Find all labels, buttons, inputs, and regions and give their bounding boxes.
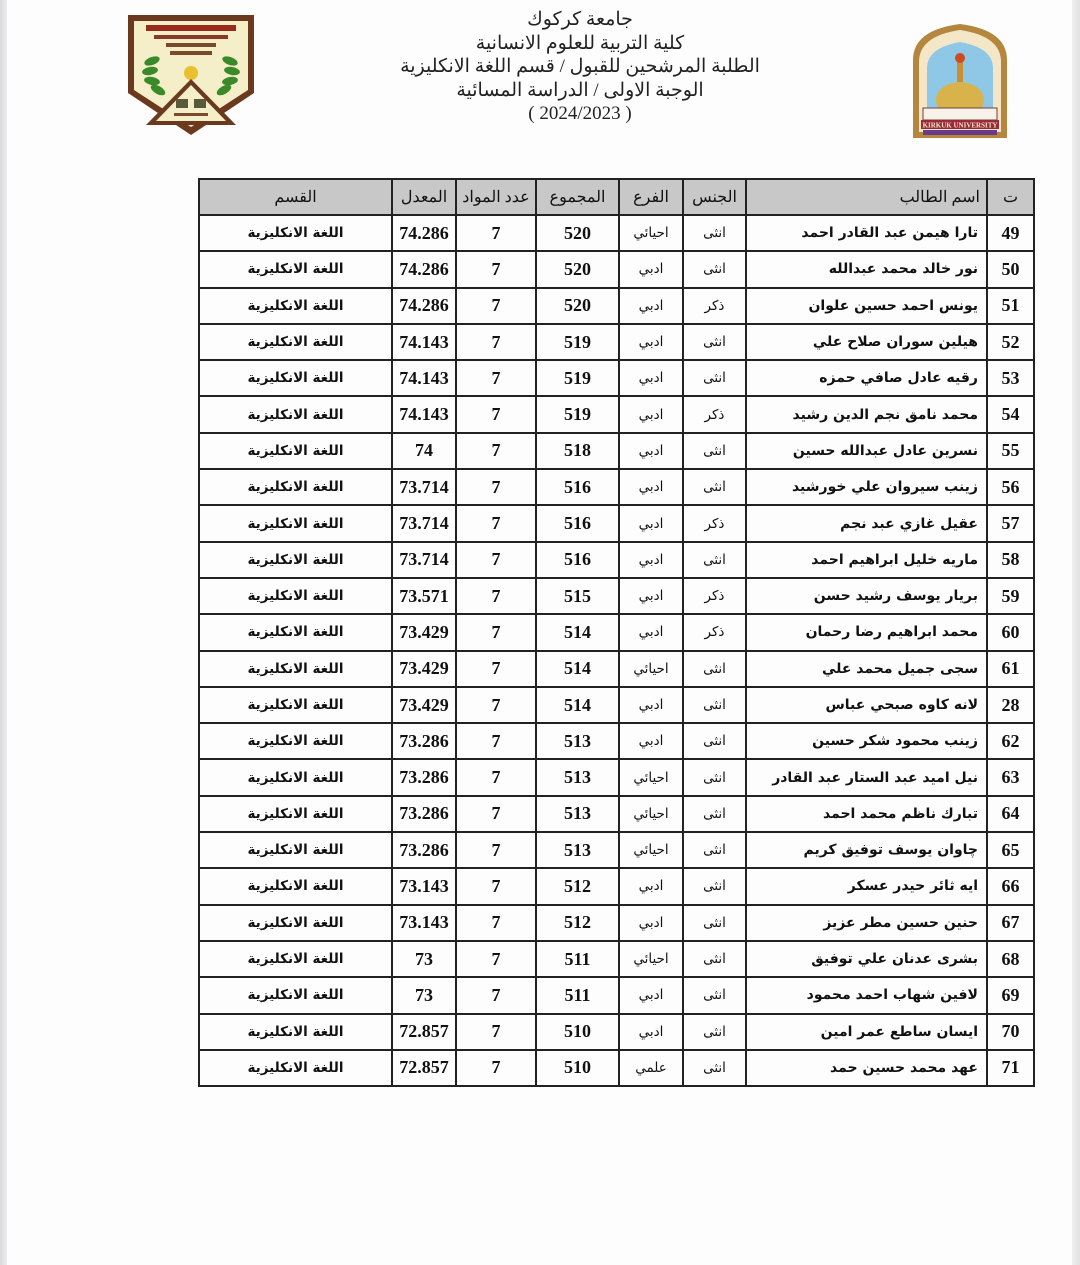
average-cell: 74.143	[392, 360, 456, 396]
table-row: 68بشرى عدنان علي توفيقانثىاحيائي511773ال…	[199, 941, 1034, 977]
row-number-cell: 60	[987, 614, 1034, 650]
table-header-row: ت اسم الطالب الجنس الفرع المجموع عدد الم…	[199, 179, 1034, 215]
average-cell: 72.857	[392, 1014, 456, 1050]
total-score-cell: 515	[536, 578, 619, 614]
average-cell: 73.429	[392, 651, 456, 687]
row-number-cell: 59	[987, 578, 1034, 614]
kirkuk-university-logo-icon: KIRKUK UNIVERSITY	[905, 20, 1015, 140]
average-cell: 73.143	[392, 868, 456, 904]
batch-study-type: الوجبة الاولى / الدراسة المسائية	[380, 79, 780, 103]
average-cell: 73.714	[392, 469, 456, 505]
gender-cell: انثى	[683, 796, 746, 832]
department-cell: اللغة الانكليزية	[199, 505, 392, 541]
subject-count-cell: 7	[456, 723, 536, 759]
student-name-cell: ايسان ساطع عمر امين	[746, 1014, 987, 1050]
branch-cell: احيائي	[619, 759, 683, 795]
average-cell: 73.286	[392, 832, 456, 868]
subject-count-cell: 7	[456, 433, 536, 469]
subject-count-cell: 7	[456, 868, 536, 904]
total-score-cell: 514	[536, 651, 619, 687]
gender-cell: انثى	[683, 1050, 746, 1086]
department-cell: اللغة الانكليزية	[199, 215, 392, 251]
branch-cell: ادبي	[619, 505, 683, 541]
table-row: 63نيل اميد عبد الستار عبد القادرانثىاحيا…	[199, 759, 1034, 795]
subject-count-cell: 7	[456, 1014, 536, 1050]
subject-count-cell: 7	[456, 396, 536, 432]
table-row: 57عقيل غازي عبد نجمذكرادبي516773.714اللغ…	[199, 505, 1034, 541]
student-name-cell: چاوان يوسف توفيق كريم	[746, 832, 987, 868]
branch-cell: احيائي	[619, 941, 683, 977]
average-cell: 73	[392, 977, 456, 1013]
average-cell: 74.143	[392, 324, 456, 360]
table-row: 66ايه ثائر حيدر عسكرانثىادبي512773.143ال…	[199, 868, 1034, 904]
gender-cell: انثى	[683, 832, 746, 868]
college-name: كلية التربية للعلوم الانسانية	[380, 32, 780, 56]
table-row: 59بريار يوسف رشيد حسنذكرادبي515773.571ال…	[199, 578, 1034, 614]
col-header-subject-count: عدد المواد	[456, 179, 536, 215]
average-cell: 73.714	[392, 542, 456, 578]
branch-cell: ادبي	[619, 433, 683, 469]
branch-cell: ادبي	[619, 868, 683, 904]
row-number-cell: 64	[987, 796, 1034, 832]
department-cell: اللغة الانكليزية	[199, 832, 392, 868]
department-cell: اللغة الانكليزية	[199, 251, 392, 287]
total-score-cell: 516	[536, 542, 619, 578]
row-number-cell: 70	[987, 1014, 1034, 1050]
document-header: جامعة كركوك كلية التربية للعلوم الانساني…	[380, 8, 780, 126]
department-cell: اللغة الانكليزية	[199, 433, 392, 469]
subject-count-cell: 7	[456, 905, 536, 941]
average-cell: 73.286	[392, 723, 456, 759]
average-cell: 73.571	[392, 578, 456, 614]
col-header-student-name: اسم الطالب	[746, 179, 987, 215]
table-row: 67حنين حسين مطر عزيزانثىادبي512773.143ال…	[199, 905, 1034, 941]
col-header-gender: الجنس	[683, 179, 746, 215]
table-row: 70ايسان ساطع عمر امينانثىادبي510772.857ا…	[199, 1014, 1034, 1050]
department-cell: اللغة الانكليزية	[199, 687, 392, 723]
total-score-cell: 519	[536, 324, 619, 360]
student-name-cell: ماريه خليل ابراهيم احمد	[746, 542, 987, 578]
total-score-cell: 513	[536, 832, 619, 868]
university-name: جامعة كركوك	[380, 8, 780, 32]
table-row: 69لافين شهاب احمد محمودانثىادبي511773الل…	[199, 977, 1034, 1013]
gender-cell: انثى	[683, 360, 746, 396]
subject-count-cell: 7	[456, 360, 536, 396]
branch-cell: ادبي	[619, 578, 683, 614]
department-cell: اللغة الانكليزية	[199, 614, 392, 650]
department-cell: اللغة الانكليزية	[199, 651, 392, 687]
student-name-cell: محمد ابراهيم رضا رحمان	[746, 614, 987, 650]
col-header-branch: الفرع	[619, 179, 683, 215]
gender-cell: ذكر	[683, 578, 746, 614]
student-name-cell: نور خالد محمد عبدالله	[746, 251, 987, 287]
subject-count-cell: 7	[456, 651, 536, 687]
student-name-cell: بريار يوسف رشيد حسن	[746, 578, 987, 614]
row-number-cell: 69	[987, 977, 1034, 1013]
row-number-cell: 28	[987, 687, 1034, 723]
gender-cell: انثى	[683, 469, 746, 505]
student-name-cell: تارا هيمن عبد القادر احمد	[746, 215, 987, 251]
table-row: 52هيلين سوران صلاح عليانثىادبي519774.143…	[199, 324, 1034, 360]
row-number-cell: 65	[987, 832, 1034, 868]
branch-cell: ادبي	[619, 396, 683, 432]
table-row: 58ماريه خليل ابراهيم احمدانثىادبي516773.…	[199, 542, 1034, 578]
average-cell: 74	[392, 433, 456, 469]
col-header-number: ت	[987, 179, 1034, 215]
row-number-cell: 61	[987, 651, 1034, 687]
subject-count-cell: 7	[456, 687, 536, 723]
total-score-cell: 510	[536, 1014, 619, 1050]
academic-year: ( 2024/2023 )	[380, 102, 780, 126]
college-logo-icon	[126, 13, 256, 137]
row-number-cell: 54	[987, 396, 1034, 432]
branch-cell: ادبي	[619, 687, 683, 723]
subject-count-cell: 7	[456, 941, 536, 977]
department-cell: اللغة الانكليزية	[199, 941, 392, 977]
average-cell: 72.857	[392, 1050, 456, 1086]
gender-cell: انثى	[683, 759, 746, 795]
gender-cell: ذكر	[683, 288, 746, 324]
total-score-cell: 519	[536, 360, 619, 396]
student-name-cell: نيل اميد عبد الستار عبد القادر	[746, 759, 987, 795]
total-score-cell: 513	[536, 796, 619, 832]
department-cell: اللغة الانكليزية	[199, 905, 392, 941]
department-cell: اللغة الانكليزية	[199, 360, 392, 396]
branch-cell: احيائي	[619, 832, 683, 868]
table-row: 64تبارك ناظم محمد احمدانثىاحيائي513773.2…	[199, 796, 1034, 832]
subject-count-cell: 7	[456, 759, 536, 795]
table-row: 71عهد محمد حسين حمدانثىعلمي510772.857الل…	[199, 1050, 1034, 1086]
branch-cell: علمي	[619, 1050, 683, 1086]
total-score-cell: 520	[536, 288, 619, 324]
total-score-cell: 511	[536, 977, 619, 1013]
table-row: 65چاوان يوسف توفيق كريمانثىاحيائي513773.…	[199, 832, 1034, 868]
total-score-cell: 516	[536, 505, 619, 541]
col-header-total: المجموع	[536, 179, 619, 215]
department-cell: اللغة الانكليزية	[199, 542, 392, 578]
list-title: الطلبة المرشحين للقبول / قسم اللغة الانك…	[380, 55, 780, 79]
total-score-cell: 514	[536, 687, 619, 723]
table-row: 28لانه كاوه صبحي عباسانثىادبي514773.429ا…	[199, 687, 1034, 723]
subject-count-cell: 7	[456, 542, 536, 578]
department-cell: اللغة الانكليزية	[199, 868, 392, 904]
student-name-cell: يونس احمد حسين علوان	[746, 288, 987, 324]
row-number-cell: 52	[987, 324, 1034, 360]
branch-cell: ادبي	[619, 288, 683, 324]
student-name-cell: نسرين عادل عبدالله حسين	[746, 433, 987, 469]
branch-cell: ادبي	[619, 723, 683, 759]
subject-count-cell: 7	[456, 251, 536, 287]
average-cell: 73.429	[392, 614, 456, 650]
gender-cell: انثى	[683, 1014, 746, 1050]
student-name-cell: زينب محمود شكر حسين	[746, 723, 987, 759]
branch-cell: ادبي	[619, 360, 683, 396]
total-score-cell: 520	[536, 215, 619, 251]
gender-cell: انثى	[683, 433, 746, 469]
student-name-cell: بشرى عدنان علي توفيق	[746, 941, 987, 977]
average-cell: 73.429	[392, 687, 456, 723]
subject-count-cell: 7	[456, 469, 536, 505]
department-cell: اللغة الانكليزية	[199, 288, 392, 324]
total-score-cell: 513	[536, 759, 619, 795]
student-name-cell: ايه ثائر حيدر عسكر	[746, 868, 987, 904]
branch-cell: ادبي	[619, 469, 683, 505]
average-cell: 74.143	[392, 396, 456, 432]
gender-cell: انثى	[683, 941, 746, 977]
gender-cell: انثى	[683, 324, 746, 360]
total-score-cell: 519	[536, 396, 619, 432]
total-score-cell: 513	[536, 723, 619, 759]
branch-cell: احيائي	[619, 215, 683, 251]
table-row: 50نور خالد محمد عبداللهانثىادبي520774.28…	[199, 251, 1034, 287]
row-number-cell: 56	[987, 469, 1034, 505]
row-number-cell: 67	[987, 905, 1034, 941]
student-name-cell: لافين شهاب احمد محمود	[746, 977, 987, 1013]
col-header-average: المعدل	[392, 179, 456, 215]
branch-cell: ادبي	[619, 905, 683, 941]
gender-cell: انثى	[683, 905, 746, 941]
subject-count-cell: 7	[456, 505, 536, 541]
subject-count-cell: 7	[456, 1050, 536, 1086]
branch-cell: ادبي	[619, 542, 683, 578]
branch-cell: ادبي	[619, 251, 683, 287]
total-score-cell: 514	[536, 614, 619, 650]
department-cell: اللغة الانكليزية	[199, 1050, 392, 1086]
department-cell: اللغة الانكليزية	[199, 977, 392, 1013]
student-name-cell: محمد نامق نجم الدين رشيد	[746, 396, 987, 432]
average-cell: 74.286	[392, 215, 456, 251]
branch-cell: ادبي	[619, 324, 683, 360]
subject-count-cell: 7	[456, 614, 536, 650]
branch-cell: ادبي	[619, 614, 683, 650]
total-score-cell: 516	[536, 469, 619, 505]
row-number-cell: 58	[987, 542, 1034, 578]
branch-cell: احيائي	[619, 651, 683, 687]
department-cell: اللغة الانكليزية	[199, 396, 392, 432]
average-cell: 74.286	[392, 251, 456, 287]
page-edge-right	[1072, 0, 1080, 1265]
gender-cell: انثى	[683, 723, 746, 759]
gender-cell: انثى	[683, 251, 746, 287]
gender-cell: ذكر	[683, 396, 746, 432]
student-name-cell: هيلين سوران صلاح علي	[746, 324, 987, 360]
subject-count-cell: 7	[456, 977, 536, 1013]
department-cell: اللغة الانكليزية	[199, 469, 392, 505]
student-name-cell: عهد محمد حسين حمد	[746, 1050, 987, 1086]
gender-cell: انثى	[683, 687, 746, 723]
total-score-cell: 510	[536, 1050, 619, 1086]
branch-cell: احيائي	[619, 796, 683, 832]
student-name-cell: زينب سيروان علي خورشيد	[746, 469, 987, 505]
gender-cell: انثى	[683, 215, 746, 251]
row-number-cell: 57	[987, 505, 1034, 541]
student-name-cell: لانه كاوه صبحي عباس	[746, 687, 987, 723]
col-header-department: القسم	[199, 179, 392, 215]
gender-cell: انثى	[683, 868, 746, 904]
svg-text:KIRKUK UNIVERSITY: KIRKUK UNIVERSITY	[923, 122, 998, 130]
row-number-cell: 63	[987, 759, 1034, 795]
student-name-cell: تبارك ناظم محمد احمد	[746, 796, 987, 832]
table-row: 53رقيه عادل صافي حمزهانثىادبي519774.143ا…	[199, 360, 1034, 396]
table-row: 55نسرين عادل عبدالله حسينانثىادبي518774ا…	[199, 433, 1034, 469]
average-cell: 73	[392, 941, 456, 977]
department-cell: اللغة الانكليزية	[199, 796, 392, 832]
subject-count-cell: 7	[456, 578, 536, 614]
average-cell: 73.143	[392, 905, 456, 941]
table-row: 62زينب محمود شكر حسينانثىادبي513773.286ا…	[199, 723, 1034, 759]
gender-cell: انثى	[683, 977, 746, 1013]
subject-count-cell: 7	[456, 796, 536, 832]
row-number-cell: 49	[987, 215, 1034, 251]
branch-cell: ادبي	[619, 1014, 683, 1050]
row-number-cell: 68	[987, 941, 1034, 977]
student-name-cell: عقيل غازي عبد نجم	[746, 505, 987, 541]
table-row: 60محمد ابراهيم رضا رحمانذكرادبي514773.42…	[199, 614, 1034, 650]
row-number-cell: 66	[987, 868, 1034, 904]
average-cell: 73.714	[392, 505, 456, 541]
row-number-cell: 51	[987, 288, 1034, 324]
row-number-cell: 50	[987, 251, 1034, 287]
table-row: 54محمد نامق نجم الدين رشيدذكرادبي519774.…	[199, 396, 1034, 432]
department-cell: اللغة الانكليزية	[199, 1014, 392, 1050]
department-cell: اللغة الانكليزية	[199, 324, 392, 360]
page-edge-left	[0, 0, 7, 1265]
row-number-cell: 62	[987, 723, 1034, 759]
department-cell: اللغة الانكليزية	[199, 578, 392, 614]
branch-cell: ادبي	[619, 977, 683, 1013]
gender-cell: انثى	[683, 651, 746, 687]
row-number-cell: 55	[987, 433, 1034, 469]
subject-count-cell: 7	[456, 288, 536, 324]
gender-cell: ذكر	[683, 505, 746, 541]
average-cell: 73.286	[392, 759, 456, 795]
department-cell: اللغة الانكليزية	[199, 759, 392, 795]
average-cell: 74.286	[392, 288, 456, 324]
row-number-cell: 71	[987, 1050, 1034, 1086]
subject-count-cell: 7	[456, 832, 536, 868]
total-score-cell: 512	[536, 868, 619, 904]
gender-cell: انثى	[683, 542, 746, 578]
student-name-cell: رقيه عادل صافي حمزه	[746, 360, 987, 396]
table-row: 49تارا هيمن عبد القادر احمدانثىاحيائي520…	[199, 215, 1034, 251]
gender-cell: ذكر	[683, 614, 746, 650]
subject-count-cell: 7	[456, 215, 536, 251]
total-score-cell: 520	[536, 251, 619, 287]
table-row: 56زينب سيروان علي خورشيدانثىادبي516773.7…	[199, 469, 1034, 505]
row-number-cell: 53	[987, 360, 1034, 396]
total-score-cell: 512	[536, 905, 619, 941]
candidates-table: ت اسم الطالب الجنس الفرع المجموع عدد الم…	[198, 178, 1035, 1087]
total-score-cell: 518	[536, 433, 619, 469]
department-cell: اللغة الانكليزية	[199, 723, 392, 759]
table-row: 51يونس احمد حسين علوانذكرادبي520774.286ا…	[199, 288, 1034, 324]
average-cell: 73.286	[392, 796, 456, 832]
table-row: 61سجى جميل محمد عليانثىاحيائي514773.429ا…	[199, 651, 1034, 687]
student-name-cell: سجى جميل محمد علي	[746, 651, 987, 687]
subject-count-cell: 7	[456, 324, 536, 360]
total-score-cell: 511	[536, 941, 619, 977]
student-name-cell: حنين حسين مطر عزيز	[746, 905, 987, 941]
